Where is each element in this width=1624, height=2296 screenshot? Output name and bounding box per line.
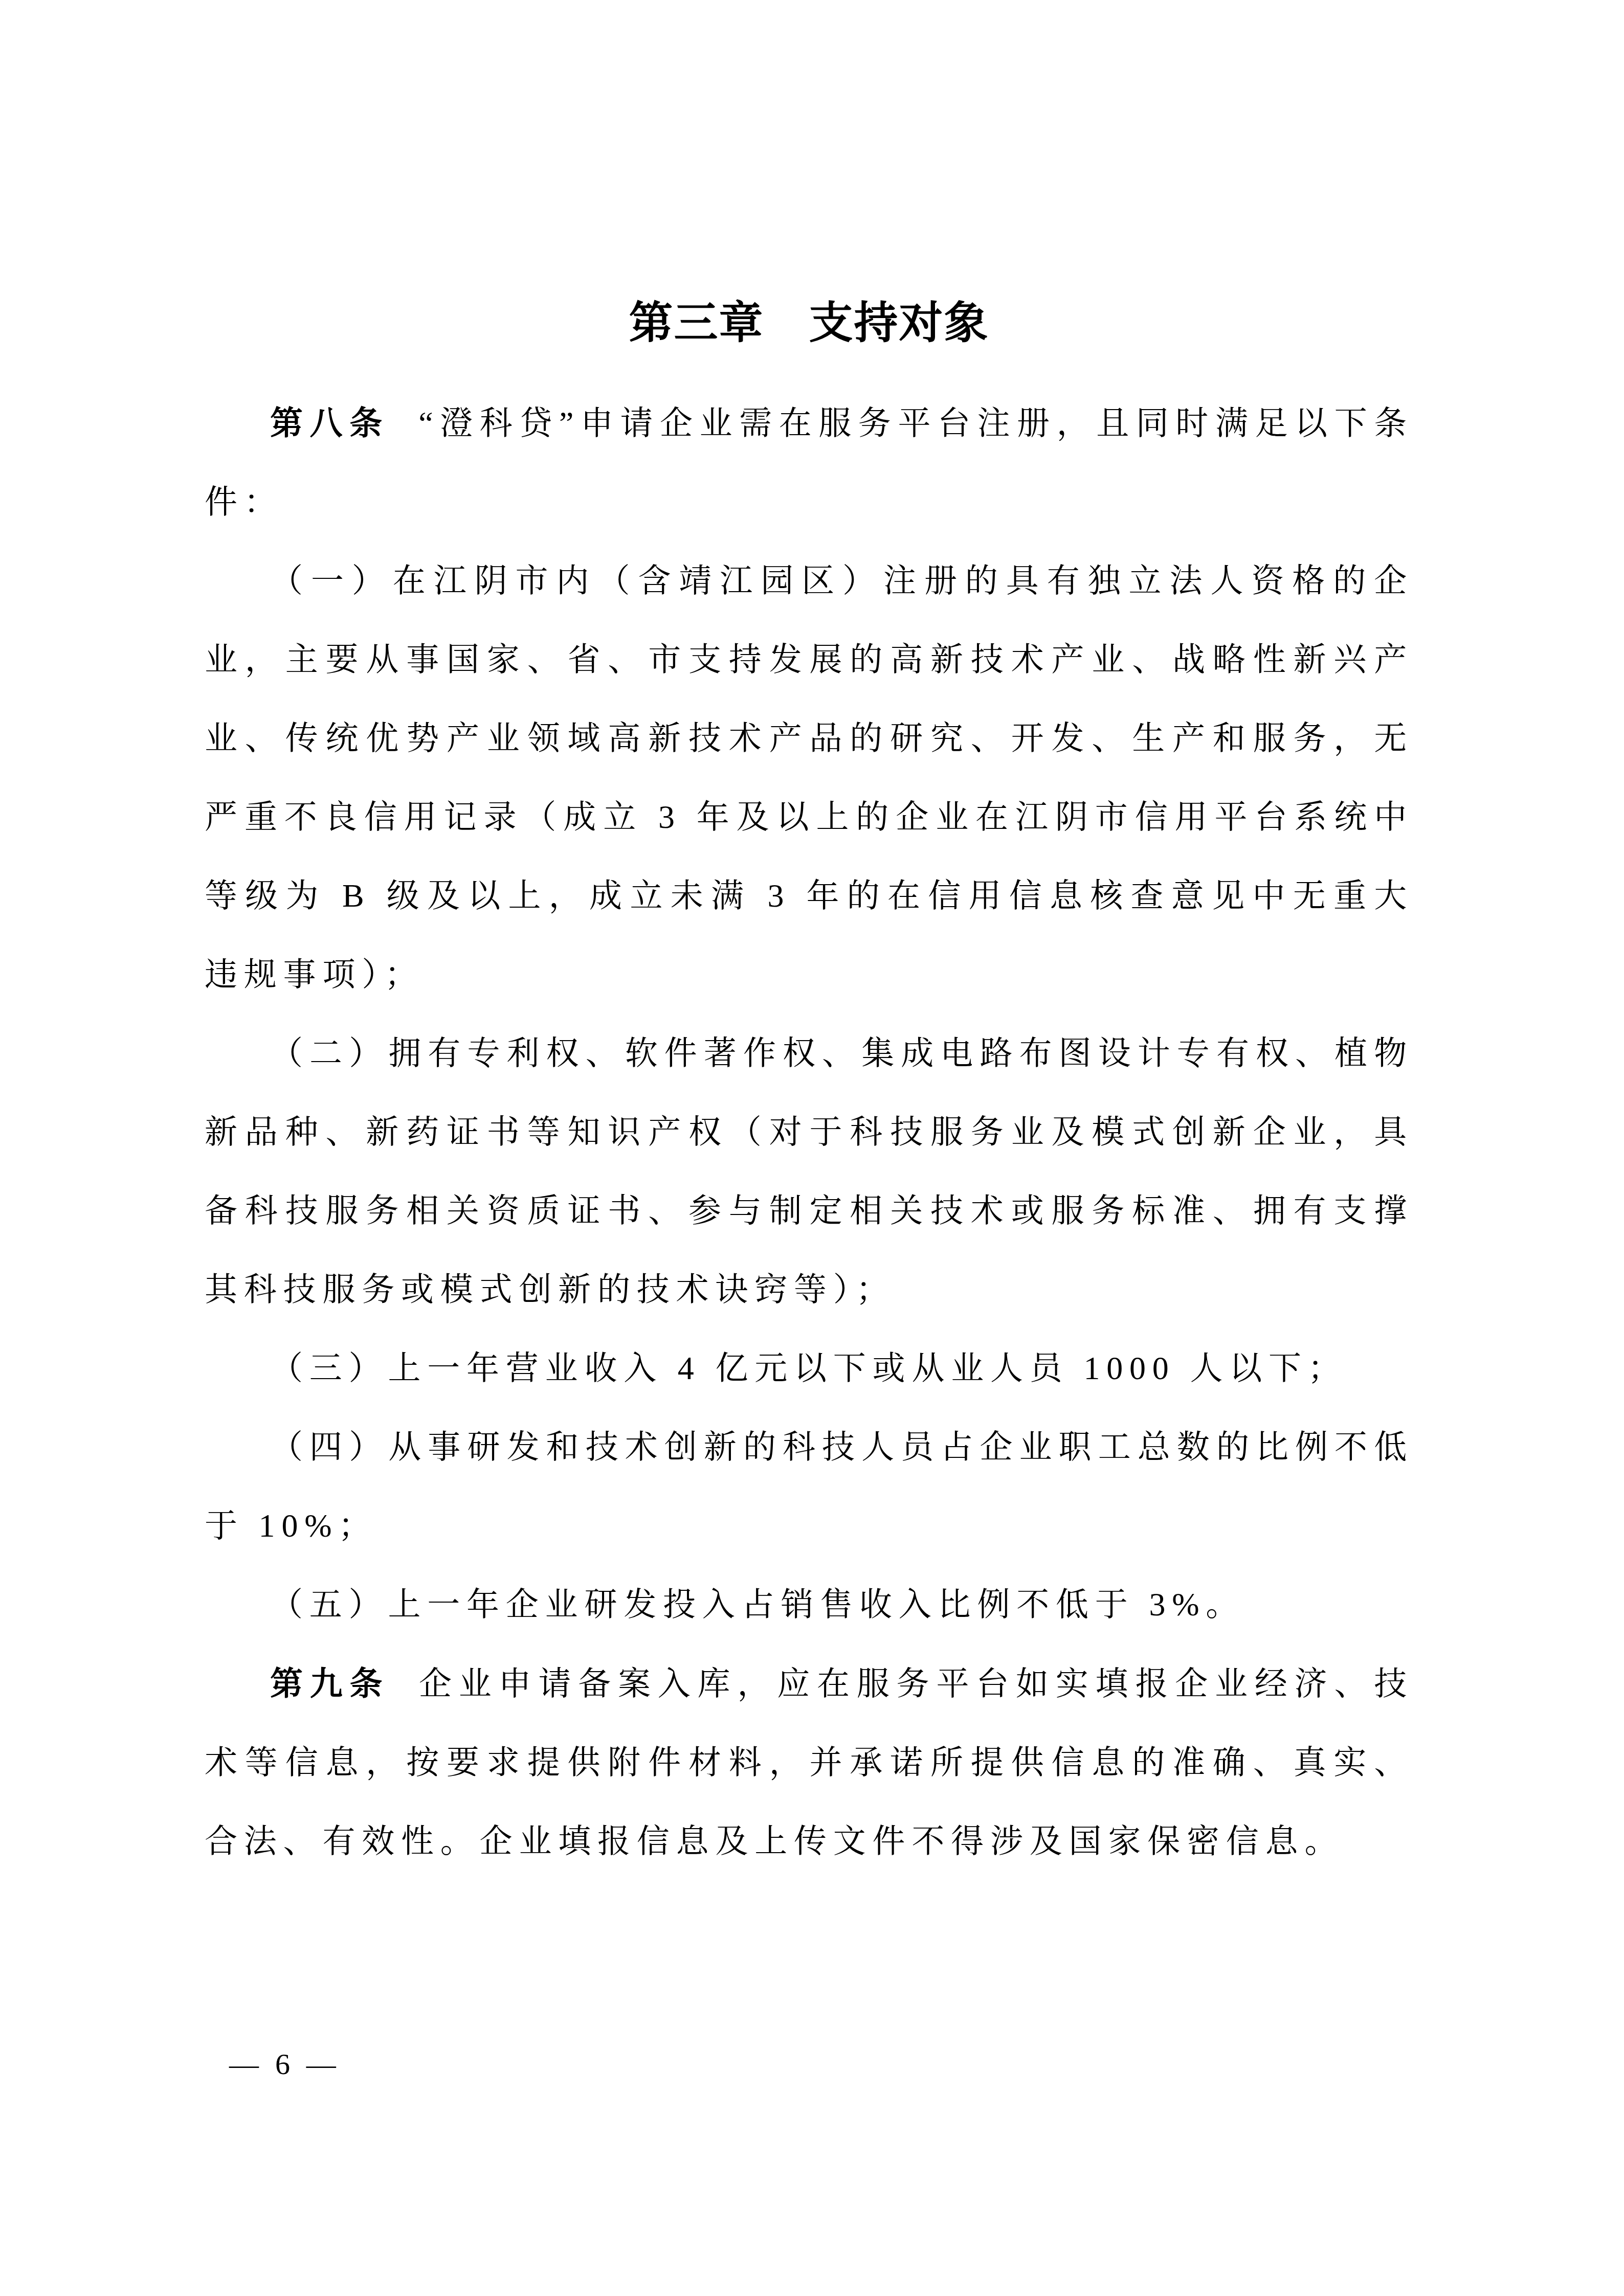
paragraph-text: （一）在江阴市内（含靖江园区）注册的具有独立法人资格的企业，主要从事国家、省、市… — [205, 562, 1413, 993]
paragraph-text: （五）上一年企业研发投入占销售收入比例不低于 3%。 — [270, 1586, 1245, 1623]
paragraph-condition-4: （四）从事研发和技术创新的科技人员占企业职工总数的比例不低于 10%； — [205, 1408, 1413, 1565]
paragraph-article-8: 第八条“澄科贷”申请企业需在服务平台注册，且同时满足以下条件： — [205, 384, 1413, 542]
article-9-label: 第九条 — [270, 1665, 389, 1702]
article-8-label: 第八条 — [270, 404, 389, 441]
paragraph-text: （二）拥有专利权、软件著作权、集成电路布图设计专有权、植物新品种、新药证书等知识… — [205, 1035, 1413, 1308]
paragraph-condition-1: （一）在江阴市内（含靖江园区）注册的具有独立法人资格的企业，主要从事国家、省、市… — [205, 542, 1413, 1014]
paragraph-text: （三）上一年营业收入 4 亿元以下或从业人员 1000 人以下； — [270, 1350, 1347, 1386]
paragraph-text: （四）从事研发和技术创新的科技人员占企业职工总数的比例不低于 10%； — [205, 1429, 1413, 1544]
paragraph-condition-3: （三）上一年营业收入 4 亿元以下或从业人员 1000 人以下； — [205, 1329, 1413, 1408]
paragraph-article-9: 第九条企业申请备案入库，应在服务平台如实填报企业经济、技术等信息，按要求提供附件… — [205, 1644, 1413, 1881]
chapter-heading: 第三章 支持对象 — [205, 299, 1413, 348]
paragraph-condition-2: （二）拥有专利权、软件著作权、集成电路布图设计专有权、植物新品种、新药证书等知识… — [205, 1014, 1413, 1329]
page-number: — 6 — — [229, 2050, 341, 2079]
document-page: 第三章 支持对象 第八条“澄科贷”申请企业需在服务平台注册，且同时满足以下条件：… — [0, 0, 1624, 2296]
paragraph-condition-5: （五）上一年企业研发投入占销售收入比例不低于 3%。 — [205, 1565, 1413, 1644]
document-content: 第三章 支持对象 第八条“澄科贷”申请企业需在服务平台注册，且同时满足以下条件：… — [0, 0, 1624, 1881]
